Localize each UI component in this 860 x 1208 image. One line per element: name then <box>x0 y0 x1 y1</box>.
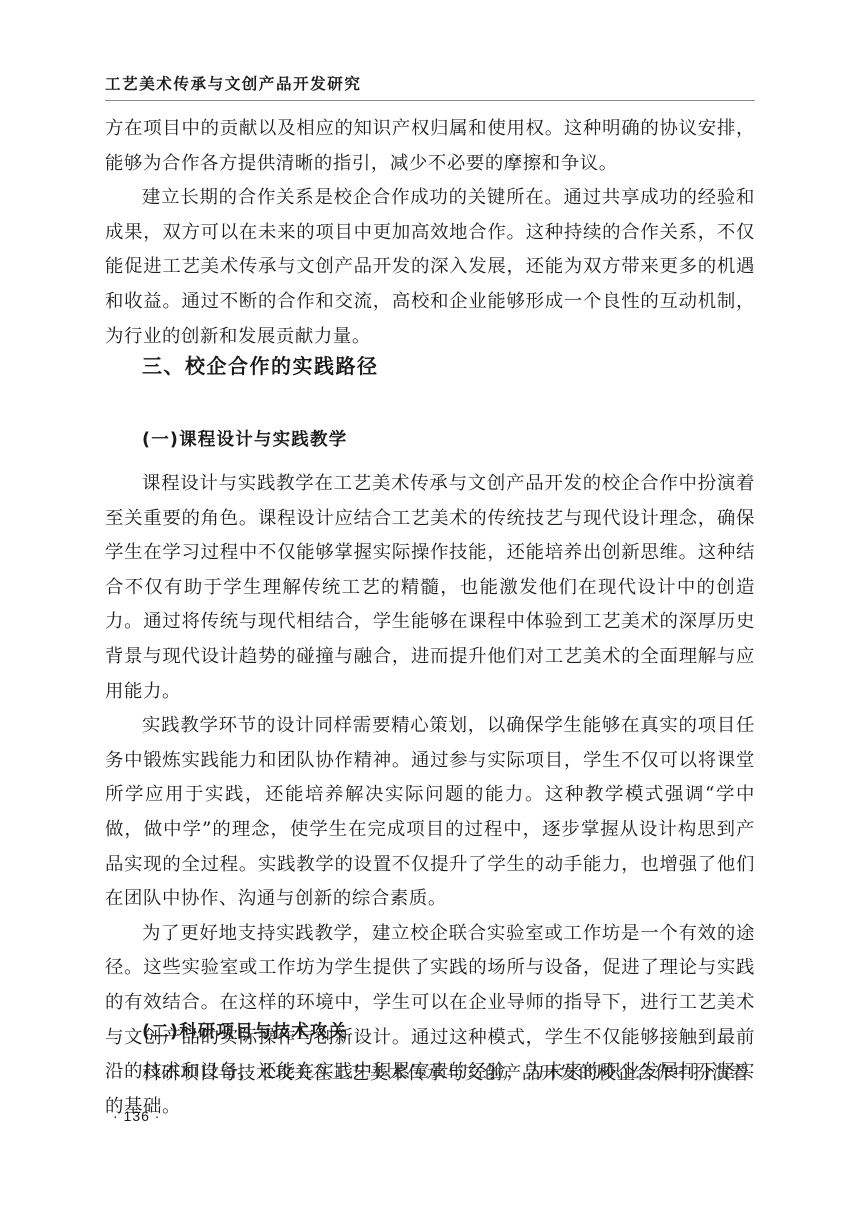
paragraph: 科研项目与技术攻关在工艺美术传承与文创产品开发的校企合作中扮演着 <box>105 1057 755 1092</box>
running-header-title: 工艺美术传承与文创产品开发研究 <box>105 72 362 94</box>
header-rule-divider <box>105 100 755 101</box>
paragraph-continued: 方在项目中的贡献以及相应的知识产权归属和使用权。这种明确的协议安排，能够为合作各… <box>105 112 755 181</box>
subsection-heading-1: (一)课程设计与实践教学 <box>142 426 347 451</box>
document-page: 工艺美术传承与文创产品开发研究 方在项目中的贡献以及相应的知识产权归属和使用权。… <box>0 0 860 1208</box>
text-block-3: 科研项目与技术攻关在工艺美术传承与文创产品开发的校企合作中扮演着 <box>105 1057 755 1092</box>
page-number: · 136 · <box>113 1108 160 1124</box>
paragraph: 课程设计与实践教学在工艺美术传承与文创产品开发的校企合作中扮演着至关重要的角色。… <box>105 467 755 709</box>
subsection-heading-2: (二)科研项目与技术攻关 <box>142 1018 347 1043</box>
paragraph: 建立长期的合作关系是校企合作成功的关键所在。通过共享成功的经验和成果，双方可以在… <box>105 181 755 354</box>
text-block-1: 方在项目中的贡献以及相应的知识产权归属和使用权。这种明确的协议安排，能够为合作各… <box>105 112 755 354</box>
paragraph: 实践教学环节的设计同样需要精心策划，以确保学生能够在真实的项目任务中锻炼实践能力… <box>105 709 755 917</box>
section-heading: 三、校企合作的实践路径 <box>142 350 379 379</box>
